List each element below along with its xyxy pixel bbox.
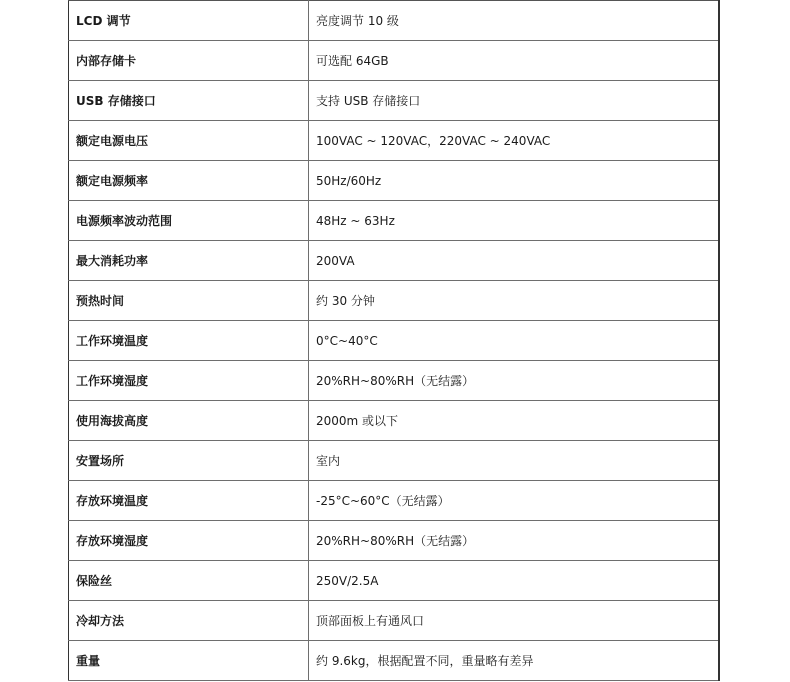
spec-label: 额定电源电压 <box>69 121 309 161</box>
table-row: 使用海拔高度 2000m 或以下 <box>69 401 720 441</box>
table-row: USB 存储接口 支持 USB 存储接口 <box>69 81 720 121</box>
table-row: 工作环境温度 0°C~40°C <box>69 321 720 361</box>
table-row: 保险丝 250V/2.5A <box>69 561 720 601</box>
table-row: 存放环境湿度 20%RH~80%RH（无结露） <box>69 521 720 561</box>
spec-value: 50Hz/60Hz <box>309 161 720 201</box>
spec-value: 20%RH~80%RH（无结露） <box>309 521 720 561</box>
spec-label: 存放环境温度 <box>69 481 309 521</box>
table-row: 最大消耗功率 200VA <box>69 241 720 281</box>
spec-label: 重量 <box>69 641 309 681</box>
spec-label: 冷却方法 <box>69 601 309 641</box>
spec-value: 2000m 或以下 <box>309 401 720 441</box>
table-row: 内部存储卡 可选配 64GB <box>69 41 720 81</box>
spec-value: 亮度调节 10 级 <box>309 1 720 41</box>
table-row: 存放环境温度 -25°C~60°C（无结露） <box>69 481 720 521</box>
spec-label: LCD 调节 <box>69 1 309 41</box>
spec-value: 支持 USB 存储接口 <box>309 81 720 121</box>
table-row: LCD 调节 亮度调节 10 级 <box>69 1 720 41</box>
table-row: 额定电源频率 50Hz/60Hz <box>69 161 720 201</box>
spec-value: 200VA <box>309 241 720 281</box>
spec-value: 室内 <box>309 441 720 481</box>
spec-value: 250V/2.5A <box>309 561 720 601</box>
spec-label: 工作环境湿度 <box>69 361 309 401</box>
spec-value: -25°C~60°C（无结露） <box>309 481 720 521</box>
spec-value: 0°C~40°C <box>309 321 720 361</box>
spec-value: 48Hz ~ 63Hz <box>309 201 720 241</box>
table-row: 工作环境湿度 20%RH~80%RH（无结露） <box>69 361 720 401</box>
spec-value: 20%RH~80%RH（无结露） <box>309 361 720 401</box>
spec-label: 额定电源频率 <box>69 161 309 201</box>
table-row: 安置场所 室内 <box>69 441 720 481</box>
specification-table: LCD 调节 亮度调节 10 级 内部存储卡 可选配 64GB USB 存储接口… <box>68 0 720 681</box>
table-row: 重量 约 9.6kg，根据配置不同，重量略有差异 <box>69 641 720 681</box>
spec-label: 安置场所 <box>69 441 309 481</box>
spec-value: 约 30 分钟 <box>309 281 720 321</box>
spec-value: 约 9.6kg，根据配置不同，重量略有差异 <box>309 641 720 681</box>
spec-label: 内部存储卡 <box>69 41 309 81</box>
spec-label: 使用海拔高度 <box>69 401 309 441</box>
spec-label: 保险丝 <box>69 561 309 601</box>
spec-label: USB 存储接口 <box>69 81 309 121</box>
spec-value: 可选配 64GB <box>309 41 720 81</box>
spec-value: 100VAC ~ 120VAC，220VAC ~ 240VAC <box>309 121 720 161</box>
table-row: 额定电源电压 100VAC ~ 120VAC，220VAC ~ 240VAC <box>69 121 720 161</box>
spec-label: 电源频率波动范围 <box>69 201 309 241</box>
spec-label: 预热时间 <box>69 281 309 321</box>
spec-label: 工作环境温度 <box>69 321 309 361</box>
table-row: 预热时间 约 30 分钟 <box>69 281 720 321</box>
spec-label: 最大消耗功率 <box>69 241 309 281</box>
table-row: 电源频率波动范围 48Hz ~ 63Hz <box>69 201 720 241</box>
spec-value: 顶部面板上有通风口 <box>309 601 720 641</box>
table-row: 冷却方法 顶部面板上有通风口 <box>69 601 720 641</box>
spec-label: 存放环境湿度 <box>69 521 309 561</box>
